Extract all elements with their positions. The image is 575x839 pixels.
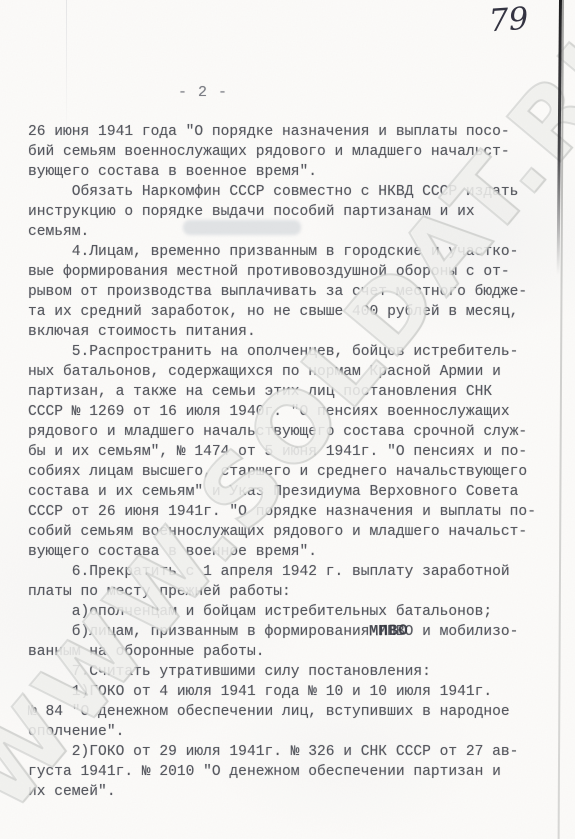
text-line: СССР от 26 июня 1941г. "О порядке назнач… [28,502,536,522]
text-line: 2)ГОКО от 29 июля 1941г. № 326 и СНК ССС… [28,742,536,762]
text-line: а)ополченцам и бойцам истребительных бат… [28,602,536,622]
handwritten-sheet-number: 79 [488,1,530,40]
text-line: 5.Распространить на ополченцев, бойцов и… [28,342,536,362]
text-line: собий семьям военнослужащих рядового и м… [28,522,536,542]
text-line: СССР № 1269 от 16 июля 1940г. "О пенсиях… [28,402,536,422]
text-line: инструкцию о порядке выдачи пособий парт… [28,202,536,222]
text-line: ополчение". [28,722,536,742]
text-line: 6.Прекратить с 1 апреля 1942 г. выплату … [28,562,536,582]
text-line: собиях лицам высшего, старшего и среднег… [28,462,536,482]
text-line: густа 1941г. № 2010 "О денежном обеспече… [28,762,536,782]
paper-crease-line [66,0,67,140]
text-line: вые формирования местной противовоздушно… [28,262,536,282]
scanned-document-page: 79 - 2 - 26 июня 1941 года "О порядке на… [0,0,575,839]
text-line: вующего состава в военное время". [28,162,536,182]
text-line: рядового и младшего начальствующего сост… [28,422,536,442]
text-line: их семей". [28,782,536,802]
text-line: партизан, а также на семьи этих лиц пост… [28,382,536,402]
text-line: платы по месту прежней работы: [28,582,536,602]
text-line: включая стоимость питания. [28,322,536,342]
text-line: ванным на оборонные работы. [28,642,536,662]
text-line: рывом от производства выплачивать за сче… [28,282,536,302]
text-line: 1)ГОКО от 4 июля 1941 года № 10 и 10 июл… [28,682,536,702]
text-line: семьям. [28,222,536,242]
text-line: № 84 "О денежном обеспечении лиц, вступи… [28,702,536,722]
text-line: Обязать Наркомфин СССР совместно с НКВД … [28,182,536,202]
text-line: бий семьям военнослужащих рядового и мла… [28,142,536,162]
page-number-marker: - 2 - [178,84,228,101]
text-line: б)лицам, призванным в формирования МПВО … [28,622,536,642]
text-line: состава и их семьям" и Указ Президиума В… [28,482,536,502]
text-line: та их средний заработок, но не свыше 400… [28,302,536,322]
text-line: 4.Лицам, временно призванным в городские… [28,242,536,262]
handwritten-insert-mpvo: МПВО [369,621,409,642]
text-line: бы и их семьям", № 1474 от 5 июня 1941г.… [28,442,536,462]
text-line: вующего состава в военное время". [28,542,536,562]
text-line: 26 июня 1941 года "О порядке назначения … [28,122,536,142]
document-body-text: 26 июня 1941 года "О порядке назначения … [28,122,536,802]
text-line: ных батальонов, содержащихся по нормам К… [28,362,536,382]
text-line: 7.Считать утратившими силу постановления… [28,662,536,682]
